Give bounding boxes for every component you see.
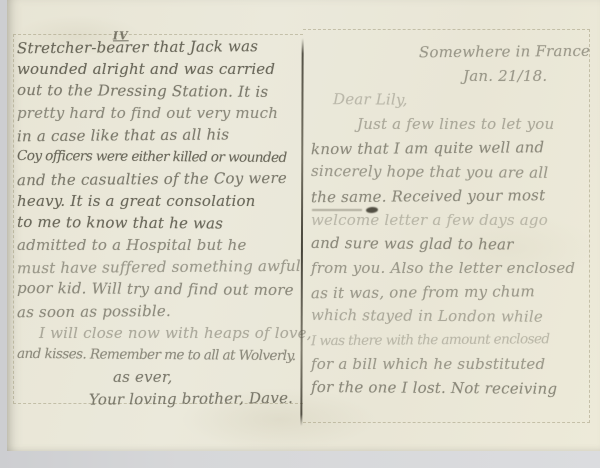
line-text: Stretcher-bearer that Jack was (17, 37, 258, 57)
letter-line: which stayed in London while (311, 303, 592, 329)
letter-line: and sure was glad to hear (311, 231, 592, 257)
letter-signature: Your loving brother, Dave. (17, 387, 303, 411)
letter-line: as it was, one from my chum (311, 279, 592, 305)
letter-line: wounded alright and was carried (17, 58, 303, 80)
letter-line: poor kid. Will try and find out more (17, 277, 303, 301)
letter-line: know that I am quite well and (311, 135, 592, 161)
letter-line: admitted to a Hospital but he (17, 234, 303, 256)
letter-line: out to the Dressing Station. It is (17, 79, 303, 103)
letter-line: for the one I lost. Not receiving (311, 375, 592, 401)
letter-line: Coy officers were either killed or wound… (17, 145, 303, 169)
letter-salutation: Dear Lily, (311, 87, 592, 113)
letter-line: for a bill which he substituted (311, 352, 592, 376)
letter-line: as soon as possible. (17, 299, 303, 323)
letter-closing-line: as ever, (17, 366, 303, 388)
letter-line: sincerely hope that you are all (311, 159, 592, 185)
letter-line: and the casualties of the Coy were (17, 167, 303, 191)
letter-page-right: Somewhere in France Jan. 21/18. Dear Lil… (311, 40, 592, 400)
page-number-mark: IV (113, 25, 129, 47)
letter-date-line: Jan. 21/18. (311, 64, 592, 88)
letter-page-left: Stretcher-bearer that Jack was IV wounde… (17, 36, 303, 410)
letter-line: Stretcher-bearer that Jack was IV (17, 35, 303, 59)
letter-line: from you. Also the letter enclosed (311, 256, 592, 280)
letter-scan: Stretcher-bearer that Jack was IV wounde… (0, 0, 600, 468)
letter-line: to me to know that he was (17, 211, 303, 235)
letter-line: the same. Received your most (311, 183, 592, 209)
letter-place-line: Somewhere in France (311, 39, 592, 65)
letter-line: must have suffered something awful (17, 255, 303, 279)
letter-line: and kisses. Remember me to all at Wolver… (17, 343, 303, 367)
pencil-smear (312, 209, 362, 211)
letter-line: heavy. It is a great consolation (17, 190, 303, 212)
letter-line: Just a few lines to let you (311, 112, 592, 136)
letter-line: in a case like that as all his (17, 123, 303, 147)
letter-line: pretty hard to find out very much (17, 102, 303, 124)
letter-line: welcome letter a few days ago (311, 208, 592, 232)
letter-line: I was there with the amount enclosed (311, 327, 592, 353)
letter-line: I will close now with heaps of love, (17, 322, 303, 344)
